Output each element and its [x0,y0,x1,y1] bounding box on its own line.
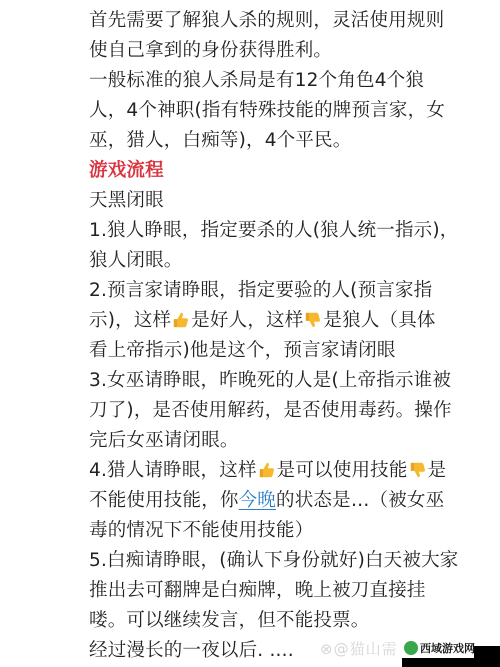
paragraph-line: 喽。可以继续发言，但不能投票。 [89,606,414,636]
step-4-line: 4.猎人请睁眼，这样是可以使用技能是 [89,456,414,486]
paragraph-line: 刀了)，是否使用解药，是否使用毒药。操作 [89,396,414,426]
text-segment: 是可以使用技能 [277,460,408,481]
step-2-line: 2.预言家请睁眼，指定要验的人(预言家指 [89,276,414,306]
paragraph-line: 首先需要了解狼人杀的规则，灵活使用规则 [89,6,414,36]
site-watermark-badge: 西域游戏网 [402,638,476,658]
paragraph-line: 看上帝指示)他是这个，预言家请闭眼 [89,336,414,366]
text-segment: 4.猎人请睁眼，这样 [89,460,257,481]
step-5-line: 5.白痴请睁眼，(确认下身份就好)白天被大家 [89,546,414,576]
step-3-line: 3.女巫请睁眼，昨晚死的人是(上帝指示谁被 [89,366,414,396]
site-logo-icon [404,641,418,655]
paragraph-line: 毒的情况下不能使用技能） [89,516,414,546]
faded-watermark: ⊗@猫山需 [320,638,398,659]
thumbs-down-icon [409,461,427,479]
step-1-line: 1.狼人睁眼，指定要杀的人(狼人统一指示)， [89,216,414,246]
text-segment: 是好人，这样 [191,310,303,331]
paragraph-line: 示)，这样是好人，这样是狼人（具体 [89,306,414,336]
paragraph-line: 巫，猎人，白痴等)，4个平民。 [89,126,414,156]
watermark-shadow [402,658,474,667]
paragraph-line: 完后女巫请闭眼。 [89,426,414,456]
paragraph-line: 推出去可翻牌是白痴牌，晚上被刀直接挂 [89,576,414,606]
paragraph-line: 人，4个神职(指有特殊技能的牌预言家，女 [89,96,414,126]
article-body: 首先需要了解狼人杀的规则，灵活使用规则 使自己拿到的身份获得胜利。 一般标准的狼… [89,6,414,666]
thumbs-up-icon [258,461,276,479]
text-segment: 是 [428,460,447,481]
text-segment: 的状态是…（被女巫 [276,490,444,511]
section-heading-game-flow: 游戏流程 [89,156,414,186]
site-watermark-text: 西域游戏网 [420,640,475,656]
text-segment: 不能使用技能，你 [89,490,239,511]
paragraph-line: 一般标准的狼人杀局是有12个角色4个狼 [89,66,414,96]
text-segment: 示)，这样 [89,310,171,331]
keyword-link-tonight[interactable]: 今晚 [239,490,276,511]
thumbs-down-icon [304,311,322,329]
paragraph-line: 天黑闭眼 [89,186,414,216]
paragraph-line: 使自己拿到的身份获得胜利。 [89,36,414,66]
black-corner-block [474,646,500,667]
thumbs-up-icon [172,311,190,329]
paragraph-line: 狼人闭眼。 [89,246,414,276]
paragraph-line: 不能使用技能，你今晚的状态是…（被女巫 [89,486,414,516]
text-segment: 是狼人（具体 [323,310,435,331]
